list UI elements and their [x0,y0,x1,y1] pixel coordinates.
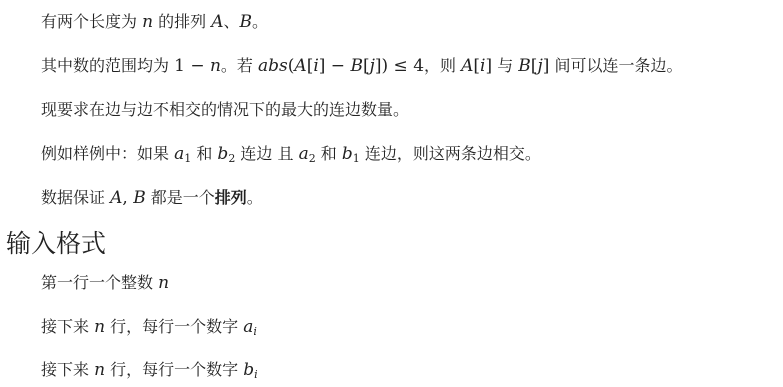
paragraph-permutations: 有两个长度为 n 的排列 A、B。 [41,11,268,33]
input-line-n: 第一行一个整数 n [41,272,169,294]
paragraph-edge-condition: 其中数的范围均为 1 − n。若 abs(A[i] − B[j]) ≤ 4，则 … [41,55,682,77]
section-heading-input-format: 输入格式 [6,228,106,260]
paragraph-guarantee: 数据保证 A, B 都是一个排列。 [41,187,263,209]
paragraph-example: 例如样例中：如果 a1 和 b2 连边 且 a2 和 b1 连边，则这两条边相交… [41,143,541,170]
input-line-a: 接下来 n 行，每行一个数字 ai [41,316,257,343]
paragraph-objective: 现要求在边与边不相交的情况下的最大的连边数量。 [41,99,409,121]
bold-permutation: 排列 [215,188,247,207]
input-line-b: 接下来 n 行，每行一个数字 bi [41,359,258,386]
